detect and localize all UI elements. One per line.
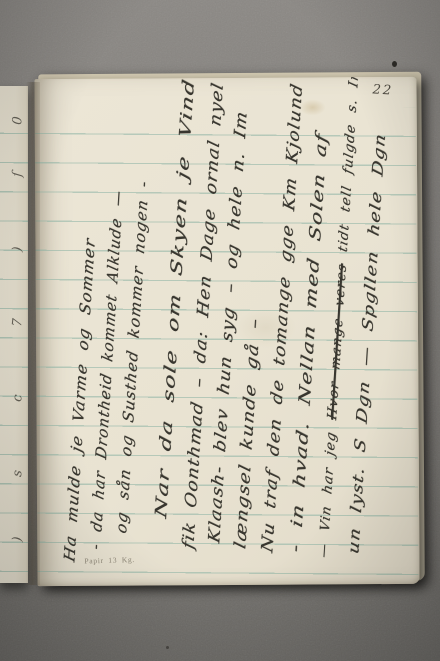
notebook-page: 22 Ha mulde je Varme og Sommer- da har D… — [34, 77, 419, 586]
ink-fragment: c — [10, 394, 26, 403]
ink-fragment: 7 — [10, 318, 26, 328]
binding-gutter-shadow — [26, 82, 40, 585]
ink-fragment: s — [10, 469, 26, 477]
paper-weight-label: Papir 13 Kg. — [84, 555, 135, 566]
facing-page-sliver: 0ſ)7cs) — [0, 86, 28, 583]
ink-fragment: 0 — [10, 116, 26, 126]
dust-speck — [392, 61, 397, 67]
photo-of-notebook: 0ſ)7cs) 22 Ha mulde je Varme og Sommer- … — [0, 0, 440, 661]
dust-speck — [166, 646, 169, 649]
page-number: 22 — [372, 82, 393, 98]
